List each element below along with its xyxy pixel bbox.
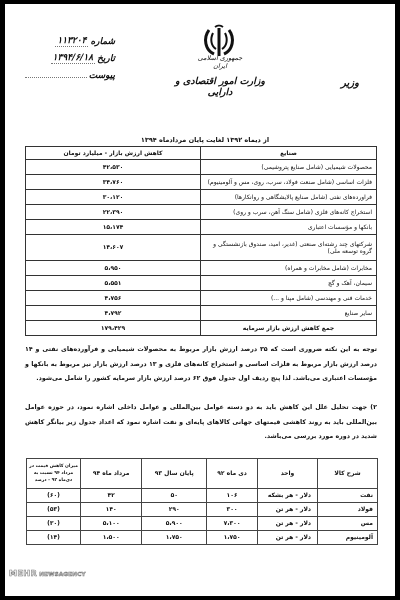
dey-92-cell: ۱۰۶ [207, 489, 258, 503]
column-header-change: میزان کاهش قیمت در مرداد ۹۴ نسبت به دی‌م… [27, 459, 81, 489]
table-row: خدمات فنی و مهندسی (شامل مپنا و ...) ۴،۷… [26, 291, 377, 306]
column-header-mordad-94: مرداد ماه ۹۴ [81, 459, 142, 489]
unit-cell: دلار - هر تن [258, 503, 318, 517]
change-cell: (۳۰) [27, 517, 81, 531]
watermark-sub: NEWSAGENCY [39, 572, 86, 578]
column-header-sector: صنایع [201, 147, 377, 160]
value-cell: ۳۴،۷۶۰ [26, 175, 201, 190]
paragraph-causes: ۲) جهت تحلیل علل این کاهش باید به دو دست… [25, 401, 377, 445]
paragraph-market-share: توجه به این نکته ضروری است که ۳۵ درصد ار… [25, 343, 377, 387]
table-row: سایر صنایع ۴،۷۹۲ [26, 306, 377, 321]
table-header-row: شرح کالا واحد دی ماه ۹۲ پایان سال ۹۳ مرد… [27, 459, 378, 489]
value-cell: ۵،۵۵۱ [26, 276, 201, 291]
sender-title: وزیر [341, 78, 359, 89]
total-value: ۱۷۹،۴۲۹ [26, 321, 201, 336]
table-period-title: از دیماه ۱۳۹۲ لغایت پایان مردادماه ۱۳۹۴ [125, 136, 285, 144]
value-cell: ۲۲،۳۹۰ [26, 205, 201, 220]
watermark-brand: MEHR [9, 569, 37, 578]
attachment-blank-line [25, 77, 87, 78]
table-row: فراورده‌های نفتی (شامل صنایع پالایشگاهی … [26, 190, 377, 205]
letter-meta: شماره ۱۱۳۲۰۴ تاریخ ۱۳۹۴/۶/۱۸ پیوست [25, 30, 115, 81]
change-cell: (۶۰) [27, 489, 81, 503]
value-cell: ۵،۹۵۰ [26, 261, 201, 276]
end-93-cell: ۵،۹۰۰ [142, 517, 207, 531]
letter-number-value: ۱۱۳۲۰۴ [55, 36, 88, 47]
commodity-cell: نفت [318, 489, 378, 503]
letter-number-label: شماره [90, 37, 115, 47]
mordad-94-cell: ۴۲ [81, 489, 142, 503]
sector-cell: سایر صنایع [201, 306, 377, 321]
table-row: بانکها و مؤسسات اعتباری ۱۵،۱۷۴ [26, 220, 377, 235]
unit-cell: دلار - هر تن [258, 517, 318, 531]
sector-cell: استخراج کانه‌های فلزی (شامل سنگ آهن، سرب… [201, 205, 377, 220]
column-header-end-93: پایان سال ۹۳ [142, 459, 207, 489]
table-row: مس دلار - هر تن ۷،۳۰۰ ۵،۹۰۰ ۵،۱۰۰ (۳۰) [27, 517, 378, 531]
column-header-value: کاهش ارزش بازار - میلیارد تومان [26, 147, 201, 160]
table-row: سیمان، آهک و گچ ۵،۵۵۱ [26, 276, 377, 291]
sector-cell: فلزات اساسی (شامل صنعت فولاد، سرب، روی، … [201, 175, 377, 190]
market-value-table: صنایع کاهش ارزش بازار - میلیارد تومان مح… [25, 146, 377, 336]
sector-cell: خدمات فنی و مهندسی (شامل مپنا و ...) [201, 291, 377, 306]
end-93-cell: ۱،۷۵۰ [142, 531, 207, 545]
table-row: استخراج کانه‌های فلزی (شامل سنگ آهن، سرب… [26, 205, 377, 220]
sector-cell: شرکتهای چند رشته‌ای صنعتی (غدیر، امید، ص… [201, 235, 377, 261]
ministry-name: وزارت امور اقتصادی و دارایی [165, 76, 275, 98]
change-cell: (۵۳) [27, 503, 81, 517]
sector-cell: مخابرات (شامل مخابرات و همراه) [201, 261, 377, 276]
republic-name: جمهوری اسلامی ایران [190, 54, 250, 70]
value-cell: ۴،۷۵۶ [26, 291, 201, 306]
letter-date-value: ۱۳۹۴/۶/۱۸ [51, 53, 95, 64]
mordad-94-cell: ۱۴۰ [81, 503, 142, 517]
table-row: محصولات شیمیایی (شامل صنایع پتروشیمی) ۴۲… [26, 160, 377, 175]
mordad-94-cell: ۵،۱۰۰ [81, 517, 142, 531]
letter-attachment-row: پیوست [25, 64, 115, 81]
commodity-cell: فولاد [318, 503, 378, 517]
column-header-commodity: شرح کالا [318, 459, 378, 489]
column-header-unit: واحد [258, 459, 318, 489]
sector-cell: فراورده‌های نفتی (شامل صنایع پالایشگاهی … [201, 190, 377, 205]
letter-number-row: شماره ۱۱۳۲۰۴ [25, 30, 115, 47]
dey-92-cell: ۷،۳۰۰ [207, 517, 258, 531]
letter-attachment-label: پیوست [89, 71, 115, 81]
column-header-dey-92: دی ماه ۹۲ [207, 459, 258, 489]
total-label: جمع کاهش ارزش بازار سرمایه [201, 321, 377, 336]
table-row: فلزات اساسی (شامل صنعت فولاد، سرب، روی، … [26, 175, 377, 190]
table-row: مخابرات (شامل مخابرات و همراه) ۵،۹۵۰ [26, 261, 377, 276]
sector-cell: سیمان، آهک و گچ [201, 276, 377, 291]
dey-92-cell: ۱،۷۵۰ [207, 531, 258, 545]
value-cell: ۴،۷۹۲ [26, 306, 201, 321]
letter-date-row: تاریخ ۱۳۹۴/۶/۱۸ [25, 47, 115, 64]
mehr-news-watermark: MEHRNEWSAGENCY [9, 569, 86, 578]
table-row: نفت دلار - هر بشکه ۱۰۶ ۵۰ ۴۲ (۶۰) [27, 489, 378, 503]
sector-cell: بانکها و مؤسسات اعتباری [201, 220, 377, 235]
unit-cell: دلار - هر تن [258, 531, 318, 545]
mordad-94-cell: ۱،۵۰۰ [81, 531, 142, 545]
unit-cell: دلار - هر بشکه [258, 489, 318, 503]
table-row: آلومینیوم دلار - هر تن ۱،۷۵۰ ۱،۷۵۰ ۱،۵۰۰… [27, 531, 378, 545]
value-cell: ۱۵،۱۷۴ [26, 220, 201, 235]
table-row: فولاد دلار - هر تن ۳۰۰ ۲۹۰ ۱۴۰ (۵۳) [27, 503, 378, 517]
document-page: شماره ۱۱۳۲۰۴ تاریخ ۱۳۹۴/۶/۱۸ پیوست جمهور… [5, 4, 395, 596]
change-cell: (۱۴) [27, 531, 81, 545]
letterhead: شماره ۱۱۳۲۰۴ تاریخ ۱۳۹۴/۶/۱۸ پیوست جمهور… [5, 4, 395, 134]
table-total-row: جمع کاهش ارزش بازار سرمایه ۱۷۹،۴۲۹ [26, 321, 377, 336]
sector-cell: محصولات شیمیایی (شامل صنایع پتروشیمی) [201, 160, 377, 175]
value-cell: ۴۲،۵۳۰ [26, 160, 201, 175]
dey-92-cell: ۳۰۰ [207, 503, 258, 517]
table-header-row: صنایع کاهش ارزش بازار - میلیارد تومان [26, 147, 377, 160]
value-cell: ۳۰،۱۲۰ [26, 190, 201, 205]
table-row: شرکتهای چند رشته‌ای صنعتی (غدیر، امید، ص… [26, 235, 377, 261]
commodity-cell: مس [318, 517, 378, 531]
value-cell: ۱۴،۶۰۷ [26, 235, 201, 261]
end-93-cell: ۵۰ [142, 489, 207, 503]
commodity-cell: آلومینیوم [318, 531, 378, 545]
letter-date-label: تاریخ [97, 54, 115, 64]
commodity-price-table: شرح کالا واحد دی ماه ۹۲ پایان سال ۹۳ مرد… [26, 458, 378, 545]
end-93-cell: ۲۹۰ [142, 503, 207, 517]
